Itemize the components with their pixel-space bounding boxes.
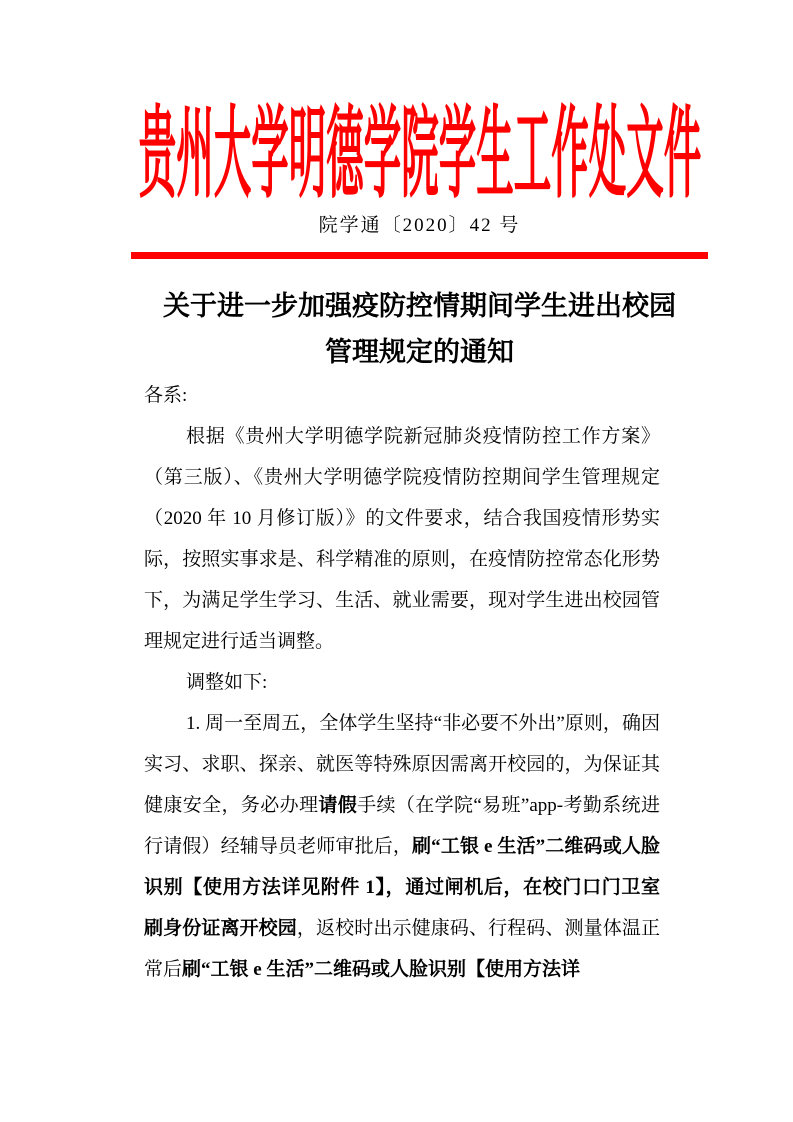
notice-body: 各系: 根据《贵州大学明德学院新冠肺炎疫情防控工作方案》（第三版）、《贵州大学明… [144, 375, 660, 990]
salutation: 各系: [144, 375, 660, 416]
paragraph-1: 根据《贵州大学明德学院新冠肺炎疫情防控工作方案》（第三版）、《贵州大学明德学院疫… [144, 416, 660, 662]
red-divider-line [131, 252, 708, 259]
paragraph-3: 1. 周一至周五，全体学生坚持“非必要不外出”原则，确因实习、求职、探亲、就医等… [144, 703, 660, 990]
org-title: 贵州大学明德学院学生工作处文件 [131, 105, 708, 205]
document-content: 贵州大学明德学院学生工作处文件 院学通〔2020〕42 号 关于进一步加强疫防控… [131, 105, 708, 990]
doc-number: 院学通〔2020〕42 号 [131, 213, 708, 239]
org-title-text: 贵州大学明德学院学生工作处文件 [138, 105, 701, 205]
document-page: 贵州大学明德学院学生工作处文件 院学通〔2020〕42 号 关于进一步加强疫防控… [0, 0, 793, 1122]
notice-title-line2: 管理规定的通知 [131, 329, 708, 375]
bold-segment-leave-request: 请假 [318, 795, 357, 816]
notice-title-line1: 关于进一步加强疫防控情期间学生进出校园 [131, 283, 708, 329]
bold-segment-qr-return: 刷“工银 e 生活”二维码或人脸识别【使用方法详 [182, 959, 580, 980]
paragraph-2: 调整如下: [144, 662, 660, 703]
notice-title: 关于进一步加强疫防控情期间学生进出校园 管理规定的通知 [131, 283, 708, 375]
